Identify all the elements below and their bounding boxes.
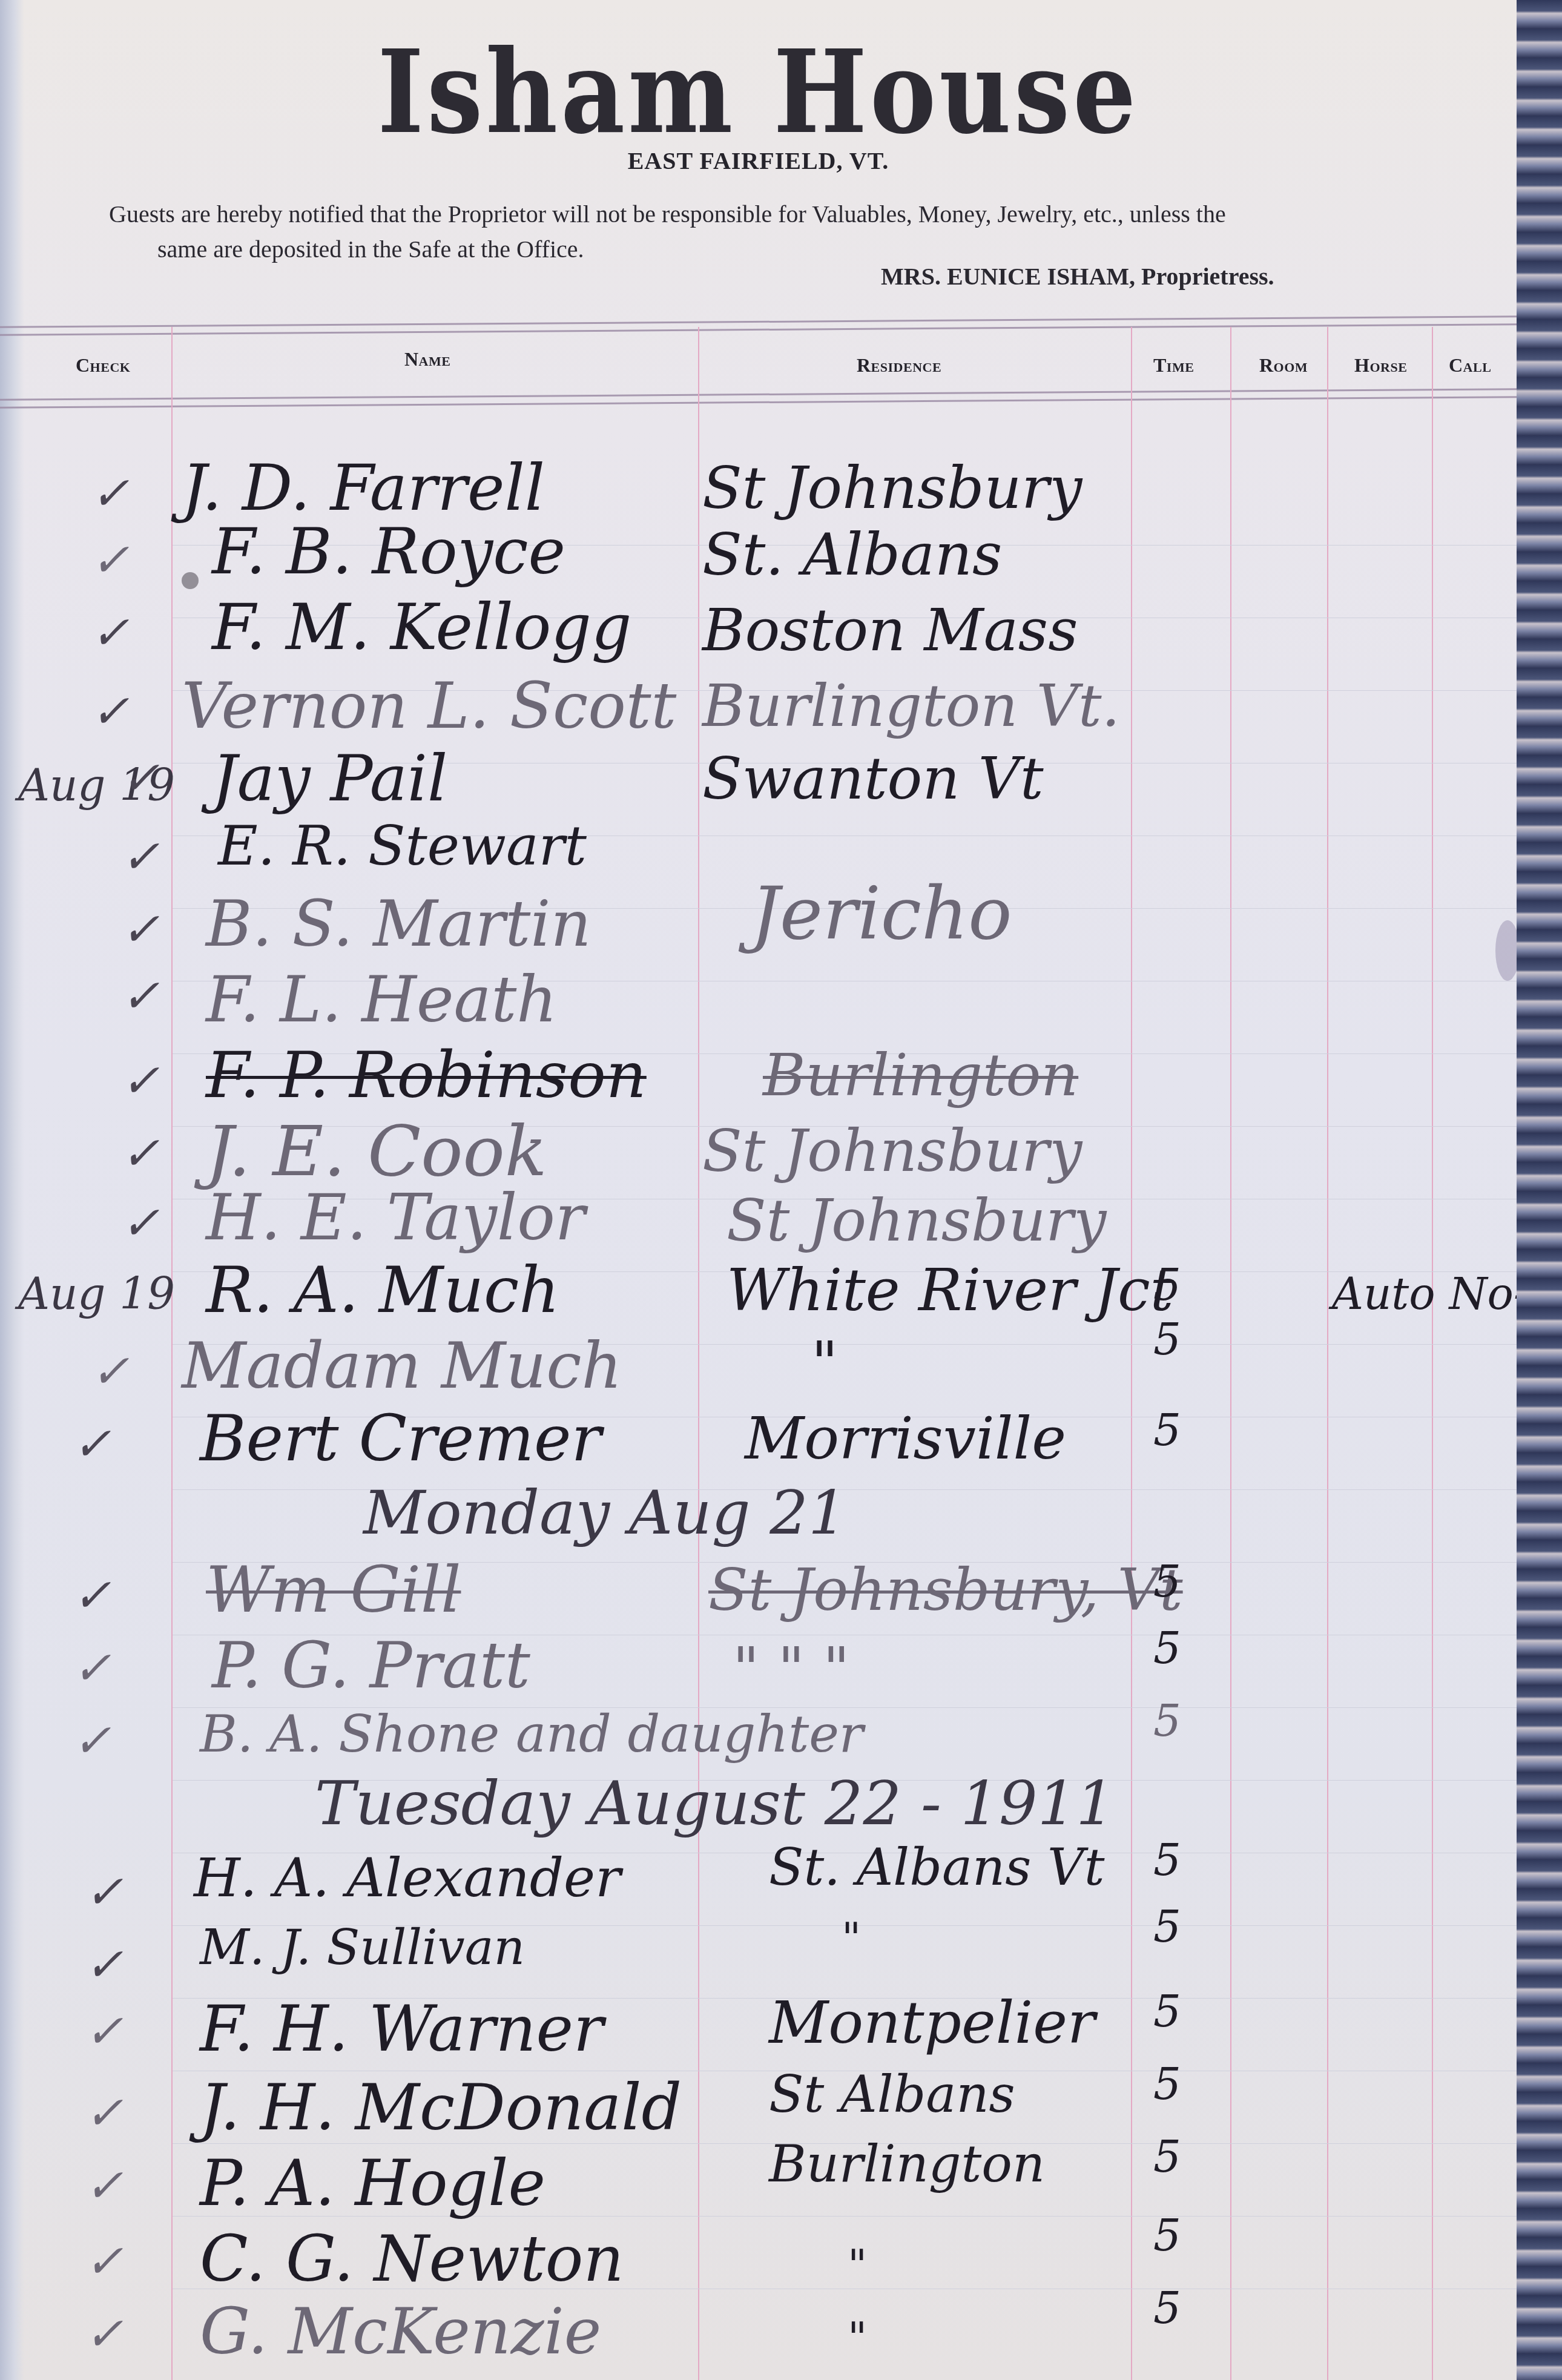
guest-name: Madam Much <box>182 1329 622 1403</box>
arrival-time: 5 <box>1153 1556 1181 1607</box>
column-header-time: Time <box>1153 354 1194 377</box>
ink-stain <box>182 572 199 589</box>
guest-residence: St Johnsbury <box>702 454 1082 522</box>
column-divider <box>171 327 173 2380</box>
guest-name: Vernon L. Scott <box>182 669 676 743</box>
check-mark: ✓ <box>85 1937 124 1991</box>
guest-name: P. A. Hogle <box>200 2146 545 2220</box>
arrival-time: 5 <box>1153 1623 1181 1673</box>
guest-name: R. A. Much <box>206 1253 559 1327</box>
guest-name: M. J. Sullivan <box>200 1919 525 1976</box>
check-mark: ✓ <box>91 533 130 587</box>
check-mark: ✓ <box>121 829 160 883</box>
check-mark: ✓ <box>73 1641 111 1695</box>
guest-name: E. R. Stewart <box>218 814 587 878</box>
guest-residence: Burlington <box>769 2134 1045 2194</box>
proprietor-signature: MRS. EUNICE ISHAM, Proprietress. <box>881 262 1274 291</box>
arrival-time: 5 <box>1153 2210 1181 2261</box>
ink-stain <box>1495 920 1517 981</box>
guest-name: Jay Pail <box>212 742 447 816</box>
guest-name: F. L. Heath <box>206 963 557 1037</box>
guest-name: F. P. Robinson <box>206 1038 647 1112</box>
guest-name: F. H. Warner <box>200 1992 604 2066</box>
guest-residence: White River Jct <box>727 1256 1173 1324</box>
date-heading: Tuesday August 22 - 1911 <box>315 1768 1115 1839</box>
guest-name: Wm Gill <box>206 1553 461 1627</box>
check-mark: ✓ <box>91 1344 130 1398</box>
hotel-title: Isham House <box>106 24 1410 159</box>
check-mark: ✓ <box>85 2004 124 2058</box>
guest-name: P. G. Pratt <box>212 1629 530 1703</box>
column-divider <box>1327 327 1328 2380</box>
guest-residence: Burlington <box>763 1041 1078 1109</box>
arrival-time: 5 <box>1153 1405 1181 1455</box>
register-page: Isham House EAST FAIRFIELD, VT. Guests a… <box>0 0 1517 2380</box>
book-fore-edge <box>1517 0 1562 2380</box>
check-mark: ✓ <box>121 751 160 805</box>
hotel-location: EAST FAIRFIELD, VT. <box>0 147 1517 175</box>
guest-name: B. A. Shone and daughter <box>200 1704 863 1764</box>
column-divider <box>1432 327 1433 2380</box>
header-rule-top <box>0 315 1517 335</box>
check-mark: ✓ <box>91 466 130 520</box>
guest-name: F. M. Kellogg <box>212 590 631 664</box>
column-header-check: Check <box>76 354 130 377</box>
guest-residence: St. Albans Vt <box>769 1838 1104 1897</box>
header-rule-bottom <box>0 388 1517 408</box>
check-mark: ✓ <box>121 902 160 956</box>
arrival-time: 5 <box>1153 2283 1181 2333</box>
horse-note: Auto No-569 <box>1332 1268 1517 1319</box>
guest-name: H. A. Alexander <box>194 1847 621 1909</box>
check-mark: ✓ <box>121 1126 160 1180</box>
guest-residence: Morrisville <box>745 1405 1066 1472</box>
check-mark: ✓ <box>73 1568 111 1622</box>
guest-residence: St Johnsbury <box>727 1187 1106 1254</box>
guest-residence: " " " <box>733 1635 850 1703</box>
guest-residence: St Albans <box>769 2065 1015 2124</box>
arrival-time: 5 <box>1153 1834 1181 1885</box>
guest-name: J. H. McDonald <box>200 2071 682 2144</box>
check-mark: ✓ <box>85 2234 124 2288</box>
check-mark: ✓ <box>85 2086 124 2140</box>
check-mark: ✓ <box>91 605 130 659</box>
check-mark: ✓ <box>85 2158 124 2212</box>
guest-name: C. G. Newton <box>200 2222 624 2296</box>
check-mark: ✓ <box>85 1865 124 1919</box>
date-heading: Monday Aug 21 <box>363 1477 847 1548</box>
guest-residence: St Johnsbury, Vt <box>708 1556 1183 1624</box>
column-header-residence: Residence <box>857 354 941 377</box>
check-mark: ✓ <box>73 1713 111 1767</box>
check-mark: ✓ <box>121 1053 160 1107</box>
guest-name: F. B. Royce <box>212 515 565 588</box>
guest-name: G. McKenzie <box>200 2295 601 2368</box>
check-mark: ✓ <box>121 969 160 1023</box>
check-mark: ✓ <box>91 684 130 738</box>
arrival-time: 5 <box>1153 1314 1181 1365</box>
column-divider <box>698 327 699 2380</box>
arrival-time: 5 <box>1153 2131 1181 2182</box>
check-mark: ✓ <box>73 1417 111 1471</box>
guest-residence: St Johnsbury <box>702 1117 1082 1185</box>
guest-residence: Boston Mass <box>702 596 1078 664</box>
arrival-time: 5 <box>1153 1259 1181 1310</box>
guest-name: Bert Cremer <box>200 1402 601 1475</box>
column-divider <box>1230 327 1231 2380</box>
guest-residence: St. Albans <box>702 521 1002 588</box>
guest-residence: Burlington Vt. <box>702 672 1120 740</box>
column-divider <box>1131 327 1132 2380</box>
arrival-time: 5 <box>1153 2059 1181 2109</box>
guest-residence: " <box>811 1329 838 1397</box>
arrival-date-note: Aug 19 <box>18 1268 175 1319</box>
guest-name: H. E. Taylor <box>206 1181 585 1254</box>
guest-residence: Jericho <box>751 872 1012 956</box>
column-header-name: Name <box>404 348 450 371</box>
arrival-time: 5 <box>1153 1901 1181 1952</box>
guest-residence: " <box>842 1913 861 1963</box>
arrival-time: 5 <box>1153 1695 1181 1746</box>
valuables-notice: Guests are hereby notified that the Prop… <box>109 197 1441 267</box>
column-header-call: Call <box>1449 354 1491 377</box>
guest-residence: " <box>848 2240 867 2290</box>
guest-name: J. E. Cook <box>206 1111 547 1192</box>
guest-residence: Swanton Vt <box>702 745 1044 813</box>
column-header-horse: Horse <box>1354 354 1407 377</box>
column-header-room: Room <box>1259 354 1308 377</box>
guest-residence: " <box>848 2313 867 2362</box>
notice-line-1: Guests are hereby notified that the Prop… <box>109 200 1226 228</box>
guest-residence: Montpelier <box>769 1989 1095 2057</box>
guest-name: B. S. Martin <box>206 887 591 961</box>
check-mark: ✓ <box>121 1196 160 1250</box>
arrival-time: 5 <box>1153 1986 1181 2037</box>
check-mark: ✓ <box>85 2307 124 2361</box>
guest-name: J. D. Farrell <box>182 451 545 525</box>
